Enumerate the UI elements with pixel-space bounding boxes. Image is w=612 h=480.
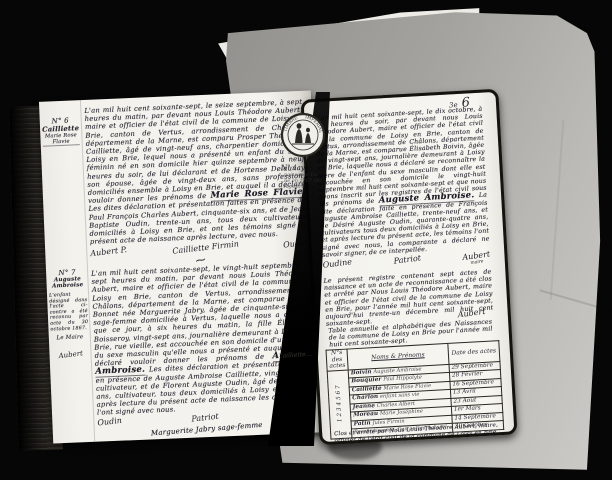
signature: Patriot: [191, 412, 219, 424]
signature: Aubert maire: [462, 250, 491, 267]
col-header-acts: N°s des actes: [326, 349, 348, 371]
signature: Patriot: [393, 253, 421, 265]
imperial-stamp-icon: TIMBRE IMPERIAL: [280, 112, 326, 158]
stamp-group: TIMBRE IMPERIAL N° 1 …naissance Du …né e…: [279, 112, 327, 190]
act2-note-signature: Aubert: [58, 349, 83, 360]
act2-margin-name: Auguste Ambroise: [48, 276, 86, 290]
act2-text: L'an mil huit cent soixante-sept, le vin…: [91, 261, 315, 418]
right-register-page: 3e 6 L'an mil huit cent soixante-sept, l…: [300, 89, 517, 446]
act-order-numbers: 1 2 3 4 5 6 7: [327, 370, 352, 439]
act1-margin-subname: Marie Rose Flavie: [42, 132, 80, 147]
signature: Oudin: [97, 416, 122, 428]
text-fragment: …mystère: [279, 184, 327, 190]
signature: Oudin: [283, 238, 308, 250]
act1-text: L'an mil huit cent soixante-sept, le sei…: [84, 98, 308, 246]
act1-margin-note: N° 6 Cailliette Marie Rose Flavie: [42, 116, 80, 147]
act1-body-post: Les dites déclaration et présentation fa…: [88, 196, 307, 246]
act2-note-signoff: Le Maire: [51, 334, 89, 342]
gutter-act-number: N° 1: [281, 164, 327, 172]
signature: Oudine: [322, 257, 352, 270]
act3-text: L'an mil huit cent soixante-sept, le dix…: [314, 106, 490, 259]
act2-recognition-note: L'enfant désigné dans l'acte ci-contre a…: [49, 292, 89, 333]
act2-margin-note: N° 7 Auguste Ambroise L'enfant désigné d…: [48, 268, 90, 361]
register-scan: N° 6 Cailliette Marie Rose Flavie L'an m…: [0, 0, 612, 480]
signature: Aubert P.: [90, 245, 127, 258]
col-header-dates: Date des actes: [448, 341, 500, 364]
